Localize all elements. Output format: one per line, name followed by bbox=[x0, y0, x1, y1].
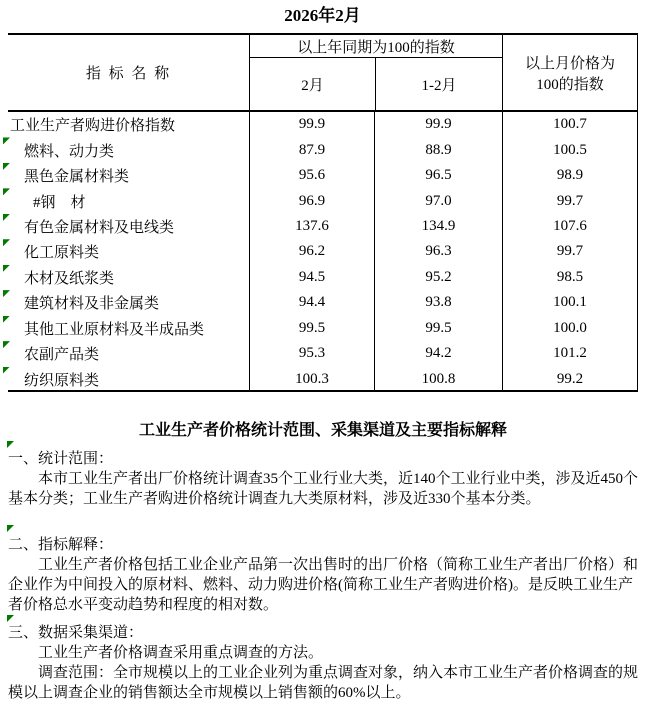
note-section-title: 二、指标解释： bbox=[8, 535, 638, 555]
row-indicator-name: 化工原料类 bbox=[8, 239, 250, 264]
row-value-jan-feb: 96.5 bbox=[375, 163, 503, 188]
row-value-feb: 94.4 bbox=[250, 290, 375, 315]
row-value-feb: 100.3 bbox=[250, 367, 375, 392]
row-value-jan-feb: 95.2 bbox=[375, 265, 503, 290]
table-row: #钢 材 96.9 97.0 99.7 bbox=[8, 188, 637, 213]
note-section-paragraphs: 本市工业生产者出厂价格统计调查35个工业行业大类，近140个工业行业中类，涉及近… bbox=[8, 469, 638, 509]
notes-sections: 一、统计范围： 本市工业生产者出厂价格统计调查35个工业行业大类，近140个工业… bbox=[8, 441, 638, 703]
row-value-feb: 94.5 bbox=[250, 265, 375, 290]
table-row: 化工原料类 96.2 96.3 99.7 bbox=[8, 239, 637, 264]
page-title: 2026年2月 bbox=[0, 5, 645, 27]
row-indicator-name: 黑色金属材料类 bbox=[8, 163, 250, 188]
row-value-mom: 107.6 bbox=[503, 214, 637, 239]
notes-heading: 工业生产者价格统计范围、采集渠道及主要指标解释 bbox=[8, 421, 638, 441]
table-row: 木材及纸浆类 94.5 95.2 98.5 bbox=[8, 265, 637, 290]
price-index-table: 指 标 名 称 以上年同期为100的指数 2月 1-2月 以上月价格为100的指… bbox=[8, 33, 638, 392]
row-value-jan-feb: 93.8 bbox=[375, 290, 503, 315]
row-indicator-name: 工业生产者购进价格指数 bbox=[8, 112, 250, 137]
header-yoy-sub: 2月 1-2月 bbox=[250, 58, 502, 110]
table-body: 工业生产者购进价格指数 99.9 99.9 100.7 燃料、动力类 87.9 … bbox=[8, 112, 637, 392]
note-paragraph: 工业生产者价格调查采用重点调查的方法。 bbox=[8, 643, 638, 663]
note-paragraph: 本市工业生产者出厂价格统计调查35个工业行业大类，近140个工业行业中类，涉及近… bbox=[8, 469, 638, 509]
header-yoy-group: 以上年同期为100的指数 bbox=[250, 35, 502, 58]
row-value-mom: 100.1 bbox=[503, 290, 637, 315]
table-row: 建筑材料及非金属类 94.4 93.8 100.1 bbox=[8, 290, 637, 315]
row-indicator-name: 农副产品类 bbox=[8, 341, 250, 366]
row-indicator-name: 其他工业原材料及半成品类 bbox=[8, 316, 250, 341]
row-value-mom: 100.5 bbox=[503, 137, 637, 162]
table-row: 农副产品类 95.3 94.2 101.2 bbox=[8, 341, 637, 366]
row-value-feb: 137.6 bbox=[250, 214, 375, 239]
header-indicator-name: 指 标 名 称 bbox=[8, 35, 250, 110]
row-value-feb: 99.5 bbox=[250, 316, 375, 341]
row-indicator-name: 燃料、动力类 bbox=[8, 137, 250, 162]
row-value-jan-feb: 94.2 bbox=[375, 341, 503, 366]
header-yoy-group-wrap: 以上年同期为100的指数 2月 1-2月 bbox=[250, 35, 503, 110]
flag-icon bbox=[7, 441, 14, 448]
table-row: 黑色金属材料类 95.6 96.5 98.9 bbox=[8, 163, 637, 188]
row-value-jan-feb: 99.5 bbox=[375, 316, 503, 341]
row-value-jan-feb: 134.9 bbox=[375, 214, 503, 239]
note-section: 一、统计范围： 本市工业生产者出厂价格统计调查35个工业行业大类，近140个工业… bbox=[8, 441, 638, 509]
row-value-feb: 87.9 bbox=[250, 137, 375, 162]
row-value-feb: 95.6 bbox=[250, 163, 375, 188]
row-value-feb: 96.9 bbox=[250, 188, 375, 213]
note-section-title: 三、数据采集渠道： bbox=[8, 623, 638, 643]
row-value-jan-feb: 99.9 bbox=[375, 112, 503, 137]
table-row: 有色金属材料及电线类 137.6 134.9 107.6 bbox=[8, 214, 637, 239]
row-value-mom: 100.7 bbox=[503, 112, 637, 137]
row-value-jan-feb: 88.9 bbox=[375, 137, 503, 162]
header-feb: 2月 bbox=[250, 58, 375, 110]
row-value-jan-feb: 97.0 bbox=[375, 188, 503, 213]
row-value-mom: 98.9 bbox=[503, 163, 637, 188]
row-value-mom: 99.7 bbox=[503, 188, 637, 213]
row-indicator-name: 纺织原料类 bbox=[8, 367, 250, 392]
table-row: 燃料、动力类 87.9 88.9 100.5 bbox=[8, 137, 637, 162]
note-section-paragraphs: 工业生产者价格调查采用重点调查的方法。调查范围：全市规模以上的工业企业列为重点调… bbox=[8, 643, 638, 703]
table-row: 工业生产者购进价格指数 99.9 99.9 100.7 bbox=[8, 112, 637, 137]
note-section: 二、指标解释： 工业生产者价格包括工业企业产品第一次出售时的出厂价格（简称工业生… bbox=[8, 525, 638, 615]
row-value-mom: 99.7 bbox=[503, 239, 637, 264]
flag-icon bbox=[7, 615, 14, 622]
header-jan-feb: 1-2月 bbox=[375, 58, 502, 110]
notes-section: 工业生产者价格统计范围、采集渠道及主要指标解释 一、统计范围： 本市工业生产者出… bbox=[8, 421, 638, 703]
row-value-feb: 99.9 bbox=[250, 112, 375, 137]
note-paragraph: 工业生产者价格包括工业企业产品第一次出售时的出厂价格（简称工业生产者出厂价格）和… bbox=[8, 555, 638, 615]
note-section-title: 一、统计范围： bbox=[8, 449, 638, 469]
note-section: 三、数据采集渠道： 工业生产者价格调查采用重点调查的方法。调查范围：全市规模以上… bbox=[8, 615, 638, 703]
header-mom: 以上月价格为100的指数 bbox=[503, 35, 637, 110]
note-section-paragraphs: 工业生产者价格包括工业企业产品第一次出售时的出厂价格（简称工业生产者出厂价格）和… bbox=[8, 555, 638, 615]
table-header: 指 标 名 称 以上年同期为100的指数 2月 1-2月 以上月价格为100的指… bbox=[8, 35, 637, 112]
row-value-feb: 95.3 bbox=[250, 341, 375, 366]
row-indicator-name: 有色金属材料及电线类 bbox=[8, 214, 250, 239]
row-indicator-name: 建筑材料及非金属类 bbox=[8, 290, 250, 315]
row-indicator-name: #钢 材 bbox=[8, 188, 250, 213]
table-row: 纺织原料类 100.3 100.8 99.2 bbox=[8, 367, 637, 392]
row-indicator-name: 木材及纸浆类 bbox=[8, 265, 250, 290]
row-value-jan-feb: 96.3 bbox=[375, 239, 503, 264]
flag-icon bbox=[7, 525, 14, 532]
row-value-jan-feb: 100.8 bbox=[375, 367, 503, 392]
row-value-mom: 101.2 bbox=[503, 341, 637, 366]
row-value-mom: 98.5 bbox=[503, 265, 637, 290]
row-value-mom: 100.0 bbox=[503, 316, 637, 341]
row-value-mom: 99.2 bbox=[503, 367, 637, 392]
table-row: 其他工业原材料及半成品类 99.5 99.5 100.0 bbox=[8, 316, 637, 341]
row-value-feb: 96.2 bbox=[250, 239, 375, 264]
note-paragraph: 调查范围：全市规模以上的工业企业列为重点调查对象，纳入本市工业生产者价格调查的规… bbox=[8, 663, 638, 703]
